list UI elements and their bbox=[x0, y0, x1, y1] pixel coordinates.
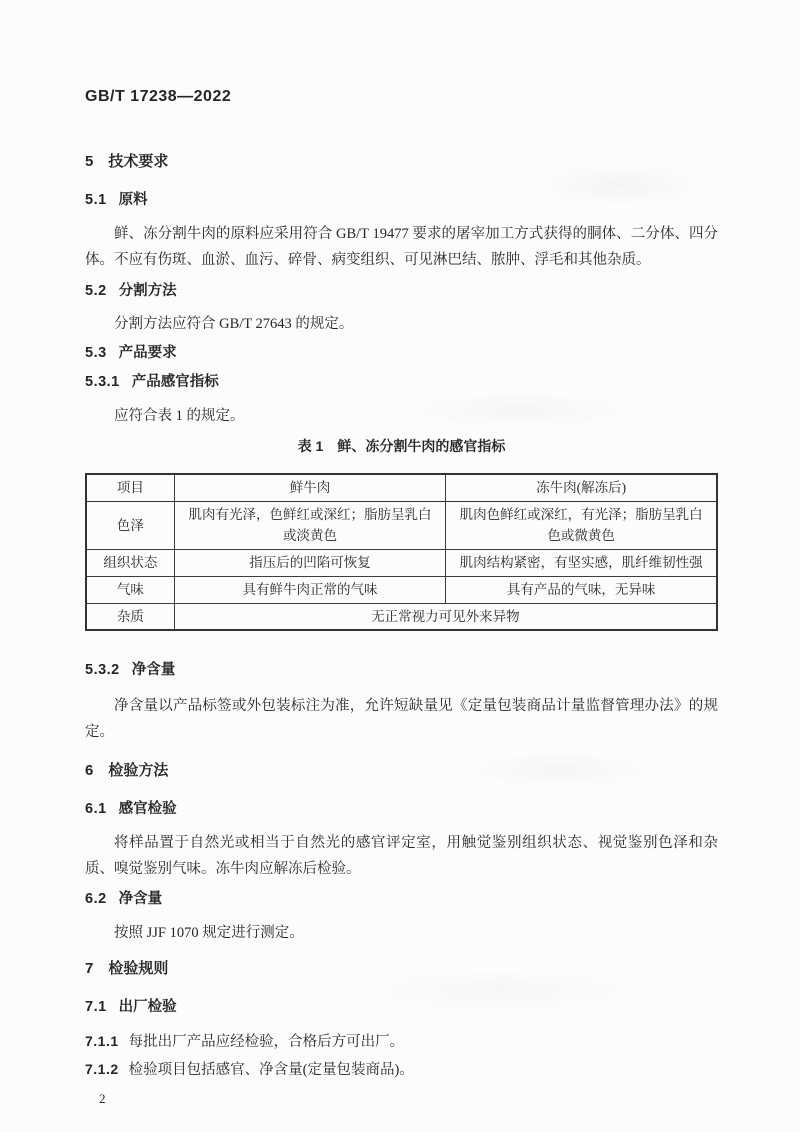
page-content: GB/T 17238—2022 5技术要求 5.1原料 鲜、冻分割牛肉的原料应采… bbox=[0, 0, 800, 1108]
table-caption-label: 表 1 bbox=[298, 438, 324, 454]
clause-number: 5.2 bbox=[85, 283, 107, 299]
document-page: GB/T 17238—2022 5技术要求 5.1原料 鲜、冻分割牛肉的原料应采… bbox=[0, 0, 800, 1132]
row-label: 杂质 bbox=[86, 603, 174, 630]
clause-5-3-2-heading: 5.3.2净含量 bbox=[85, 660, 718, 680]
clause-number: 5 bbox=[85, 153, 94, 170]
clause-5-1-heading: 5.1原料 bbox=[85, 190, 718, 210]
clause-number: 5.3.1 bbox=[85, 374, 120, 390]
clause-6-1-heading: 6.1感官检验 bbox=[85, 799, 718, 819]
clause-5-2-paragraph: 分割方法应符合 GB/T 27643 的规定。 bbox=[85, 311, 718, 337]
clause-number: 5.1 bbox=[85, 192, 107, 208]
clause-title: 检验方法 bbox=[108, 762, 168, 779]
cell-frozen: 肌肉结构紧密，有坚实感，肌纤维韧性强 bbox=[446, 549, 717, 576]
clause-7-1-heading: 7.1出厂检验 bbox=[85, 997, 718, 1017]
table-header-row: 项目 鲜牛肉 冻牛肉(解冻后) bbox=[86, 474, 717, 501]
table-row: 气味 具有鲜牛肉正常的气味 具有产品的气味，无异味 bbox=[86, 576, 717, 603]
clause-5-3-1-heading: 5.3.1产品感官指标 bbox=[85, 372, 718, 392]
cell-fresh: 指压后的凹陷可恢复 bbox=[174, 549, 445, 576]
row-label: 气味 bbox=[86, 576, 174, 603]
clause-number: 7.1 bbox=[85, 999, 107, 1015]
clause-title: 技术要求 bbox=[108, 153, 168, 170]
clause-number: 5.3 bbox=[85, 345, 107, 361]
clause-5-2-heading: 5.2分割方法 bbox=[85, 281, 718, 301]
clause-title: 产品感官指标 bbox=[132, 374, 219, 390]
clause-title: 出厂检验 bbox=[119, 999, 177, 1015]
column-header-frozen: 冻牛肉(解冻后) bbox=[446, 474, 717, 501]
clause-6-2-heading: 6.2净含量 bbox=[85, 889, 718, 909]
table-row: 组织状态 指压后的凹陷可恢复 肌肉结构紧密，有坚实感，肌纤维韧性强 bbox=[86, 549, 717, 576]
clause-title: 检验规则 bbox=[108, 960, 168, 977]
sensory-indicators-table: 项目 鲜牛肉 冻牛肉(解冻后) 色泽 肌肉有光泽，色鲜红或深红；脂肪呈乳白或淡黄… bbox=[85, 473, 718, 631]
clause-5-3-1-paragraph: 应符合表 1 的规定。 bbox=[85, 403, 718, 429]
clause-5-3-heading: 5.3产品要求 bbox=[85, 343, 718, 363]
clause-title: 感官检验 bbox=[119, 801, 177, 817]
row-label: 组织状态 bbox=[86, 549, 174, 576]
clause-title: 分割方法 bbox=[119, 283, 177, 299]
clause-5-1-paragraph: 鲜、冻分割牛肉的原料应采用符合 GB/T 19477 要求的屠宰加工方式获得的胴… bbox=[85, 221, 718, 273]
clause-6-2-paragraph: 按照 JJF 1070 规定进行测定。 bbox=[85, 920, 718, 946]
clause-number: 6 bbox=[85, 762, 94, 779]
clause-text: 检验项目包括感官、净含量(定量包装商品)。 bbox=[129, 1062, 414, 1078]
clause-number: 6.1 bbox=[85, 801, 107, 817]
clause-title: 原料 bbox=[119, 192, 148, 208]
clause-7-1-1-paragraph: 7.1.1每批出厂产品应经检验，合格后方可出厂。 bbox=[85, 1028, 718, 1055]
clause-7-1-2-paragraph: 7.1.2检验项目包括感官、净含量(定量包装商品)。 bbox=[85, 1056, 718, 1083]
cell-frozen: 具有产品的气味，无异味 bbox=[446, 576, 717, 603]
page-number: 2 bbox=[85, 1090, 718, 1108]
clause-number: 7 bbox=[85, 960, 94, 977]
clause-5-3-2-paragraph: 净含量以产品标签或外包装标注为准，允许短缺量见《定量包装商品计量监督管理办法》的… bbox=[85, 693, 718, 745]
standard-number: GB/T 17238—2022 bbox=[85, 87, 718, 107]
table-row: 色泽 肌肉有光泽，色鲜红或深红；脂肪呈乳白或淡黄色 肌肉色鲜红或深红，有光泽；脂… bbox=[86, 501, 717, 549]
table-caption-title: 鲜、冻分割牛肉的感官指标 bbox=[337, 438, 505, 454]
cell-merged: 无正常视力可见外来异物 bbox=[174, 603, 717, 630]
clause-7-heading: 7检验规则 bbox=[85, 959, 718, 979]
clause-title: 净含量 bbox=[119, 891, 163, 907]
row-label: 色泽 bbox=[86, 501, 174, 549]
clause-number: 7.1.2 bbox=[85, 1061, 119, 1077]
column-header-fresh: 鲜牛肉 bbox=[174, 474, 445, 501]
clause-title: 净含量 bbox=[132, 662, 176, 678]
clause-number: 6.2 bbox=[85, 891, 107, 907]
table-row: 杂质 无正常视力可见外来异物 bbox=[86, 603, 717, 630]
column-header-item: 项目 bbox=[86, 474, 174, 501]
clause-number: 5.3.2 bbox=[85, 662, 120, 678]
cell-fresh: 具有鲜牛肉正常的气味 bbox=[174, 576, 445, 603]
clause-text: 每批出厂产品应经检验，合格后方可出厂。 bbox=[129, 1034, 405, 1050]
clause-title: 产品要求 bbox=[119, 345, 177, 361]
cell-fresh: 肌肉有光泽，色鲜红或深红；脂肪呈乳白或淡黄色 bbox=[174, 501, 445, 549]
clause-5-heading: 5技术要求 bbox=[85, 152, 718, 172]
clause-6-1-paragraph: 将样品置于自然光或相当于自然光的感官评定室，用触觉鉴别组织状态、视觉鉴别色泽和杂… bbox=[85, 830, 718, 882]
table-1-caption: 表 1鲜、冻分割牛肉的感官指标 bbox=[85, 436, 718, 456]
cell-frozen: 肌肉色鲜红或深红，有光泽；脂肪呈乳白色或微黄色 bbox=[446, 501, 717, 549]
clause-number: 7.1.1 bbox=[85, 1033, 119, 1049]
clause-6-heading: 6检验方法 bbox=[85, 761, 718, 781]
